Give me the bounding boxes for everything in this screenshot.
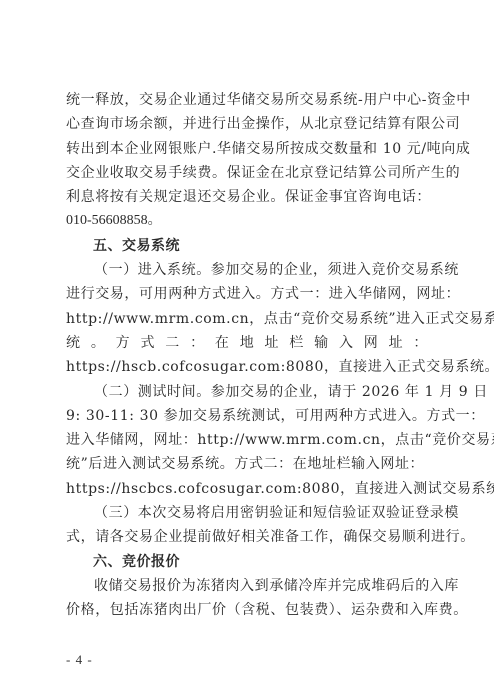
document-page: 统一释放，交易企业通过华储交易所交易系统-用户中心-资金中 心查询市场余额，并进… bbox=[66, 88, 428, 623]
text-line: （三）本次交易将启用密钥验证和短信验证双验证登录模 bbox=[66, 501, 428, 525]
url-line: https://hscbcs.cofcosugar.com:8080，直接进入测… bbox=[66, 477, 428, 501]
phone-number-line: 010-56608858。 bbox=[66, 209, 428, 233]
text-line: （二）测试时间。参加交易的企业，请于 2026 年 1 月 9 日 bbox=[66, 380, 428, 404]
text-line: 统一释放，交易企业通过华储交易所交易系统-用户中心-资金中 bbox=[66, 88, 428, 112]
url-line: 进入华储网，网址：http://www.mrm.com.cn，点击“竞价交易系 bbox=[66, 428, 428, 452]
text-line: 利息将按有关规定退还交易企业。保证金事宜咨询电话： bbox=[66, 185, 428, 209]
text-line: 价格，包括冻猪肉出厂价（含税、包装费）、运杂费和入库费。 bbox=[66, 598, 428, 622]
text-line: 9: 30-11: 30 参加交易系统测试，可用两种方式进入。方式一： bbox=[66, 404, 428, 428]
text-line: 转出到本企业网银账户.华储交易所按成交数量和 10 元/吨向成 bbox=[66, 137, 428, 161]
text-line: 交企业收取交易手续费。保证金在北京登记结算公司所产生的 bbox=[66, 161, 428, 185]
text-line: 收储交易报价为冻猪肉入到承储冷库并完成堆码后的入库 bbox=[66, 574, 428, 598]
section-heading-trading-system: 五、交易系统 bbox=[66, 234, 428, 258]
text-line: 进行交易，可用两种方式进入。方式一：进入华储网，网址： bbox=[66, 282, 428, 306]
url-line: https://hscb.cofcosugar.com:8080，直接进入正式交… bbox=[66, 355, 428, 379]
text-line: 统”后进入测试交易系统。方式二：在地址栏输入网址： bbox=[66, 452, 428, 476]
section-heading-bidding-quote: 六、竞价报价 bbox=[66, 550, 428, 574]
text-line: 心查询市场余额，并进行出金操作，从北京登记结算有限公司 bbox=[66, 112, 428, 136]
text-line: （一）进入系统。参加交易的企业，须进入竞价交易系统 bbox=[66, 258, 428, 282]
text-line: 统 。 方 式 二 ： 在 地 址 栏 输 入 网 址 ： bbox=[66, 331, 428, 355]
page-number: - 4 - bbox=[66, 652, 93, 668]
text-line: 式，请各交易企业提前做好相关准备工作，确保交易顺利进行。 bbox=[66, 525, 428, 549]
url-line: http://www.mrm.com.cn，点击“竞价交易系统”进入正式交易系 bbox=[66, 307, 428, 331]
